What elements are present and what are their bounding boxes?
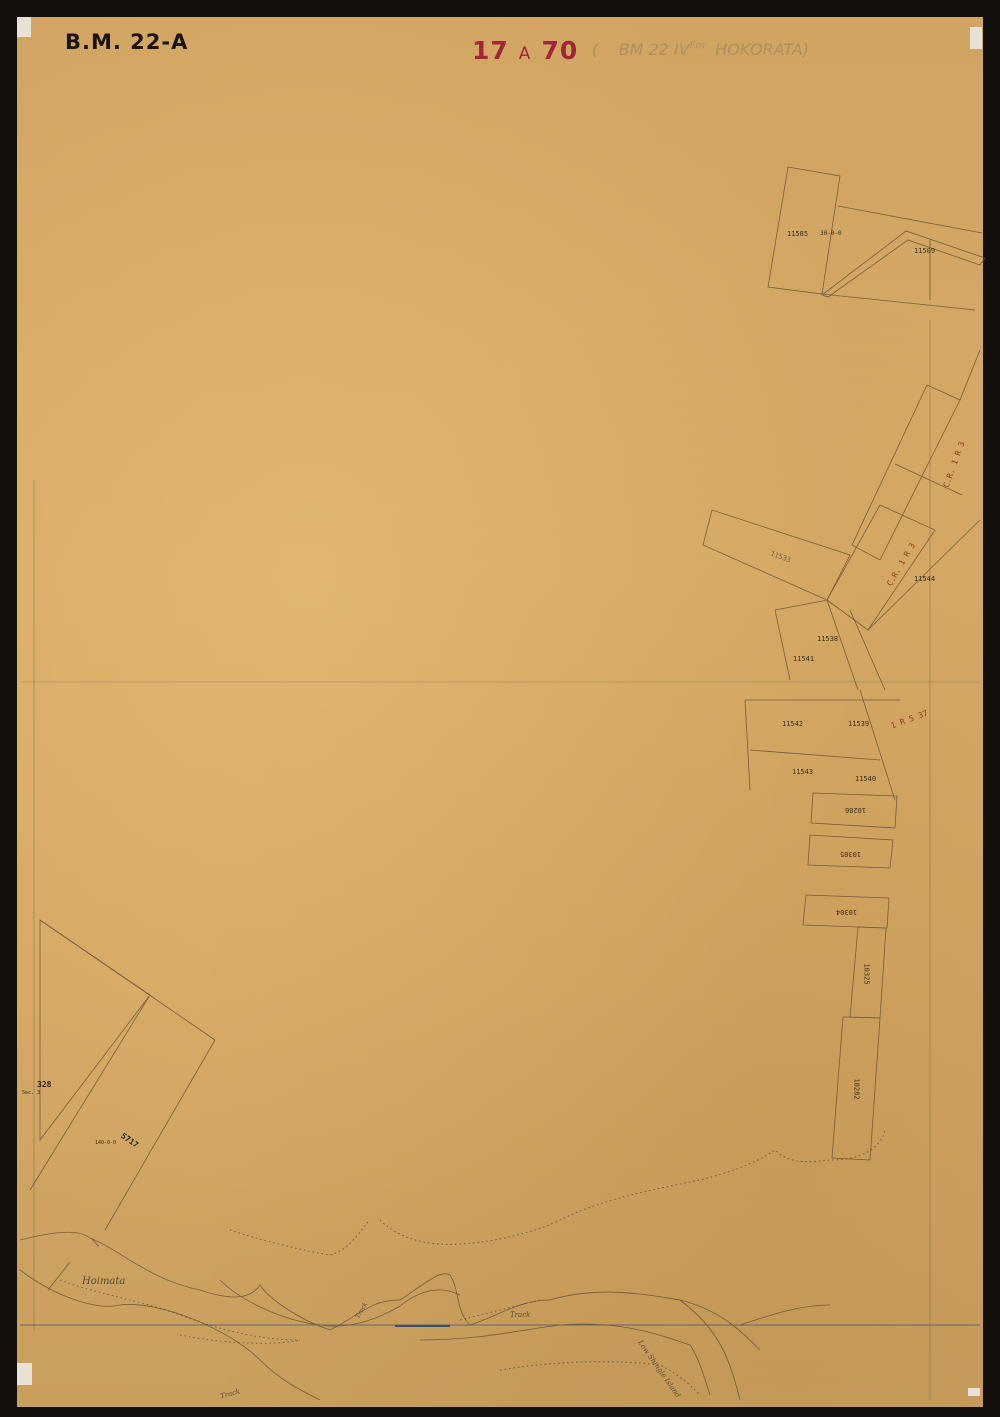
place-name-hoimata: Hoimata <box>82 1276 125 1287</box>
pencil-roman: IV <box>674 40 690 59</box>
parcel-label: 328 <box>37 1080 51 1089</box>
parcel-label: 10282 <box>853 1078 861 1099</box>
parcel-label: 11540 <box>855 775 876 783</box>
parcel-area: 140-0-0 <box>95 1140 116 1146</box>
parcel-label: 11539 <box>848 720 869 728</box>
sheet-id-label: B.M. 22-A <box>65 30 188 54</box>
parcel-label: 11542 <box>782 720 803 728</box>
parcel-area: 30-0-0 <box>820 230 842 237</box>
pencil-reference-note: ( BM 22 IVFm HOKORATA) <box>592 40 809 59</box>
parcel-label: 11541 <box>793 655 814 663</box>
pencil-name: HOKORATA <box>715 40 802 59</box>
map-linework <box>0 0 1000 1417</box>
parcel-label: 10286 <box>845 806 866 814</box>
parcel-section: Sec. 3 <box>22 1090 40 1096</box>
parcel-label: 11544 <box>914 575 935 583</box>
pencil-close-paren: ) <box>803 40 809 59</box>
ref-part1: 17 <box>472 36 509 65</box>
pencil-superscript: Fm <box>690 41 706 52</box>
red-reference-stamp: 17A70 <box>472 36 578 65</box>
pencil-open-paren: ( <box>592 40 598 59</box>
parcel-label: 10305 <box>840 850 861 858</box>
parcel-label: 10304 <box>836 908 857 916</box>
parcel-label: 11585 <box>787 230 808 238</box>
ref-part2: A <box>519 44 532 64</box>
parcel-label: 11543 <box>792 768 813 776</box>
track-label: Track <box>510 1311 530 1319</box>
parcel-label: 10325 <box>863 963 871 984</box>
pencil-series: BM 22 <box>619 40 669 59</box>
parcel-label: 11538 <box>817 635 838 643</box>
ref-part3: 70 <box>541 36 578 65</box>
parcel-label: 11509 <box>914 247 935 255</box>
